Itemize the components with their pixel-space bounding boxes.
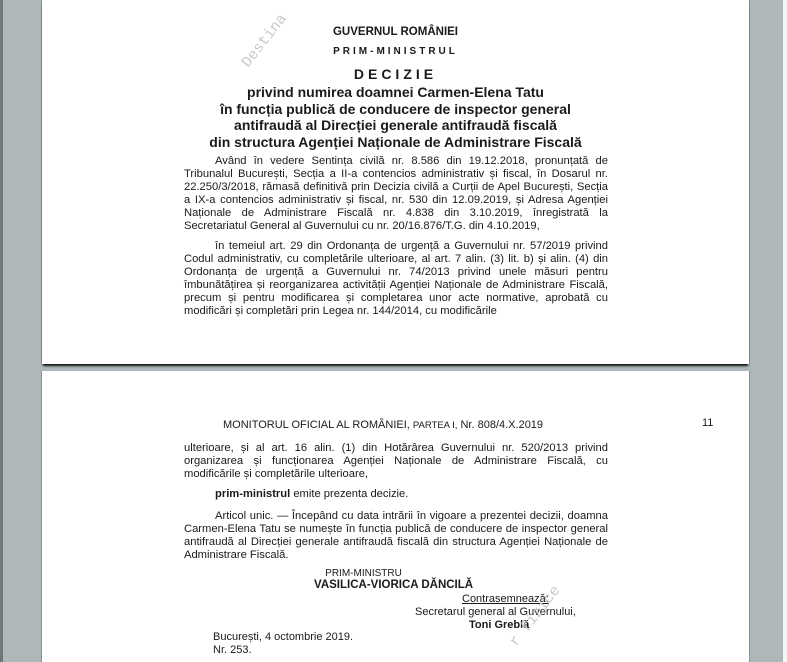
paragraph-single-article: Articol unic. — Începând cu data intrări… xyxy=(184,510,608,562)
running-header-title: MONITORUL OFICIAL AL ROMÂNIEI, xyxy=(223,419,410,431)
document-page-1: Destina GUVERNUL ROMÂNIEI PRIM-MINISTRUL… xyxy=(42,0,749,364)
paragraph-continuation: ulterioare, și al art. 16 alin. (1) din … xyxy=(184,442,608,481)
place-date: București, 4 octombrie 2019. xyxy=(213,631,353,643)
title-line: antifraudă al Direcției generale antifra… xyxy=(42,117,749,134)
document-type: DECIZIE xyxy=(42,66,749,82)
decision-title: privind numirea doamnei Carmen-Elena Tat… xyxy=(42,84,749,150)
emitter-bold: prim-ministrul xyxy=(215,488,290,500)
paragraph-legal-basis: în temeiul art. 29 din Ordonanța de urge… xyxy=(184,240,608,318)
paragraph-considering: Având în vedere Sentința civilă nr. 8.58… xyxy=(184,155,608,233)
running-header: MONITORUL OFICIAL AL ROMÂNIEI, PARTEA I,… xyxy=(223,419,543,431)
signatory-name: VASILICA-VIORICA DĂNCILĂ xyxy=(314,579,473,591)
header-prime-minister: PRIM-MINISTRUL xyxy=(42,46,749,57)
title-line: privind numirea doamnei Carmen-Elena Tat… xyxy=(42,84,749,101)
watermark-text: Destina xyxy=(239,11,291,71)
running-header-part: PARTEA I, xyxy=(413,420,458,431)
emits-text: emite prezenta decizie. xyxy=(290,488,408,500)
paragraph-emits: prim-ministrul emite prezenta decizie. xyxy=(184,488,608,501)
decision-number: Nr. 253. xyxy=(213,644,252,656)
document-page-2: MONITORUL OFICIAL AL ROMÂNIEI, PARTEA I,… xyxy=(42,371,749,662)
title-line: din structura Agenției Naționale de Admi… xyxy=(42,134,749,151)
running-header-issue: Nr. 808/4.X.2019 xyxy=(460,419,543,431)
signatory-role: PRIM-MINISTRU xyxy=(42,568,749,579)
title-line: în funcția publică de conducere de inspe… xyxy=(42,101,749,118)
header-government: GUVERNUL ROMÂNIEI xyxy=(42,26,749,38)
viewer-right-edge xyxy=(783,0,787,662)
page-number: 11 xyxy=(702,417,713,429)
viewer-left-edge xyxy=(0,0,3,662)
